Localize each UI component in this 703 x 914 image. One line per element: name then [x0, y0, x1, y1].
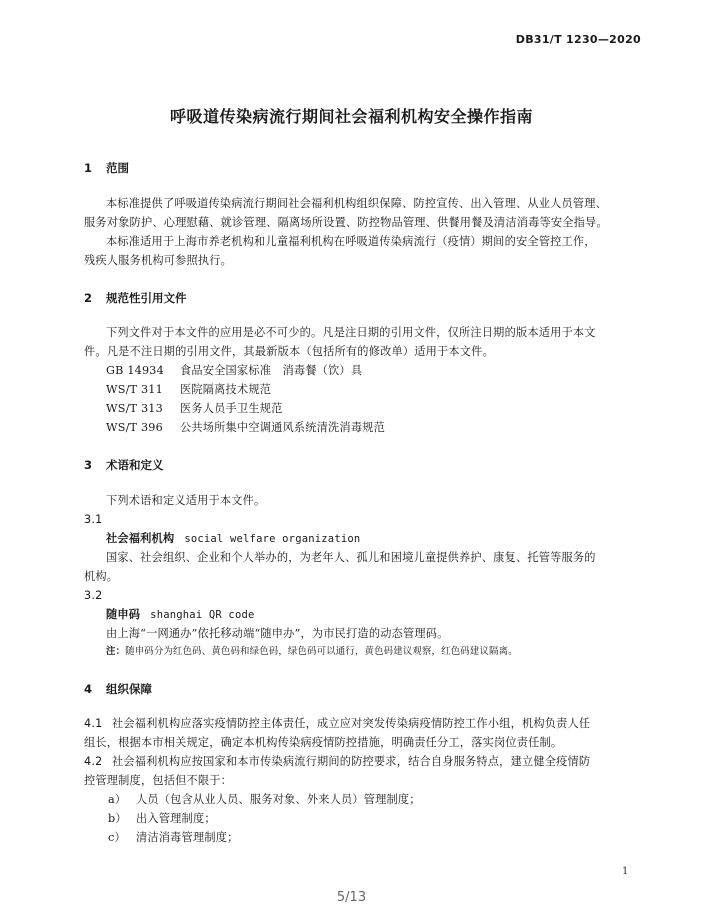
section-title: 规范性引用文件	[106, 291, 187, 305]
paragraph-line: 本标准适用于上海市养老机构和儿童福利机构在呼吸道传染病流行（疫情）期间的安全管控…	[106, 232, 596, 251]
reference-title: 医院隔离技术规范	[180, 383, 271, 396]
viewer-page-indicator: 5/13	[0, 890, 703, 905]
document-title: 呼吸道传染病流行期间社会福利机构安全操作指南	[0, 104, 703, 127]
clause-text: 社会福利机构应落实疫情防控主体责任，成立应对突发传染病疫情防控工作小组，机构负责…	[112, 717, 590, 730]
list-item: c）清洁消毒管理制度；	[108, 828, 239, 847]
paragraph-line: 下列文件对于本文件的应用是必不可少的。凡是注日期的引用文件，仅所注日期的版本适用…	[106, 323, 596, 342]
list-item-text: 人员（包含从业人员、服务对象、外来人员）管理制度；	[136, 793, 421, 806]
reference-title: 医务人员手卫生规范	[180, 402, 283, 415]
term-number: 3.2	[84, 586, 102, 605]
section-number: 1	[84, 161, 106, 175]
note-text: 随申码分为红色码、黄色码和绿色码，绿色码可以通行，黄色码建议观察，红色码建议隔离…	[125, 646, 518, 657]
clause-number: 4.2	[84, 752, 112, 771]
clause-number: 4.1	[84, 714, 112, 733]
list-item-label: c）	[108, 828, 136, 847]
clause-line: 控管理制度，包括但不限于：	[84, 771, 232, 790]
reference-item: WS/T 396公共场所集中空调通风系统清洗消毒规范	[106, 418, 385, 437]
clause-line: 组长，根据本市相关规定，确定本机构传染病疫情防控措施，明确责任分工，落实岗位责任…	[84, 733, 562, 752]
section-1-heading: 1范围	[84, 160, 129, 176]
section-title: 范围	[106, 161, 129, 175]
term-entry: 社会福利机构social welfare organization	[106, 529, 360, 549]
section-number: 2	[84, 291, 106, 305]
reference-item: WS/T 313医务人员手卫生规范	[106, 399, 283, 418]
term-chinese: 社会福利机构	[106, 532, 174, 545]
definition-line: 机构。	[84, 567, 118, 586]
clause-text: 社会福利机构应按国家和本市传染病流行期间的防控要求，结合自身服务特点，建立健全疫…	[112, 755, 590, 768]
section-2-heading: 2规范性引用文件	[84, 290, 187, 306]
list-item: a）人员（包含从业人员、服务对象、外来人员）管理制度；	[108, 790, 421, 809]
section-number: 4	[84, 682, 106, 696]
list-item-label: a）	[108, 790, 136, 809]
paragraph-line: 件。凡是不注日期的引用文件，其最新版本（包括所有的修改单）适用于本文件。	[84, 342, 494, 361]
reference-code: GB 14934	[106, 361, 180, 380]
document-page: DB31/T 1230—2020 呼吸道传染病流行期间社会福利机构安全操作指南 …	[0, 0, 703, 914]
note-label: 注：	[106, 646, 125, 657]
standard-number: DB31/T 1230—2020	[516, 33, 641, 46]
clause-line: 4.2社会福利机构应按国家和本市传染病流行期间的防控要求，结合自身服务特点，建立…	[84, 752, 590, 771]
section-title: 术语和定义	[106, 458, 164, 472]
term-number: 3.1	[84, 510, 102, 529]
term-entry: 随申码shanghai QR code	[106, 605, 255, 625]
paragraph-line: 下列术语和定义适用于本文件。	[106, 491, 265, 510]
reference-item: WS/T 311医院隔离技术规范	[106, 380, 271, 399]
section-title: 组织保障	[106, 682, 152, 696]
reference-code: WS/T 313	[106, 399, 180, 418]
reference-title: 食品安全国家标准 消毒餐（饮）具	[180, 364, 362, 377]
term-chinese: 随申码	[106, 608, 140, 621]
list-item: b）出入管理制度；	[108, 809, 216, 828]
page-number: 1	[622, 866, 628, 877]
reference-code: WS/T 396	[106, 418, 180, 437]
term-english: shanghai QR code	[150, 609, 254, 621]
reference-item: GB 14934食品安全国家标准 消毒餐（饮）具	[106, 361, 362, 380]
list-item-text: 出入管理制度；	[136, 812, 216, 825]
note: 注：随申码分为红色码、黄色码和绿色码，绿色码可以通行，黄色码建议观察，红色码建议…	[106, 642, 518, 661]
reference-code: WS/T 311	[106, 380, 180, 399]
list-item-label: b）	[108, 809, 136, 828]
clause-line: 4.1社会福利机构应落实疫情防控主体责任，成立应对突发传染病疫情防控工作小组，机…	[84, 714, 590, 733]
section-4-heading: 4组织保障	[84, 681, 152, 697]
paragraph-line: 服务对象防护、心理慰藉、就诊管理、隔离场所设置、防控物品管理、供餐用餐及清洁消毒…	[84, 213, 608, 232]
term-english: social welfare organization	[184, 533, 360, 545]
reference-title: 公共场所集中空调通风系统清洗消毒规范	[180, 421, 385, 434]
definition-line: 由上海“一网通办”依托移动端“随申办”，为市民打造的动态管理码。	[106, 624, 449, 643]
section-3-heading: 3术语和定义	[84, 457, 164, 473]
list-item-text: 清洁消毒管理制度；	[136, 831, 239, 844]
paragraph-line: 残疾人服务机构可参照执行。	[84, 251, 232, 270]
section-number: 3	[84, 458, 106, 472]
definition-line: 国家、社会组织、企业和个人举办的，为老年人、孤儿和困境儿童提供养护、康复、托管等…	[106, 548, 596, 567]
paragraph-line: 本标准提供了呼吸道传染病流行期间社会福利机构组织保障、防控宣传、出入管理、从业人…	[106, 194, 607, 213]
